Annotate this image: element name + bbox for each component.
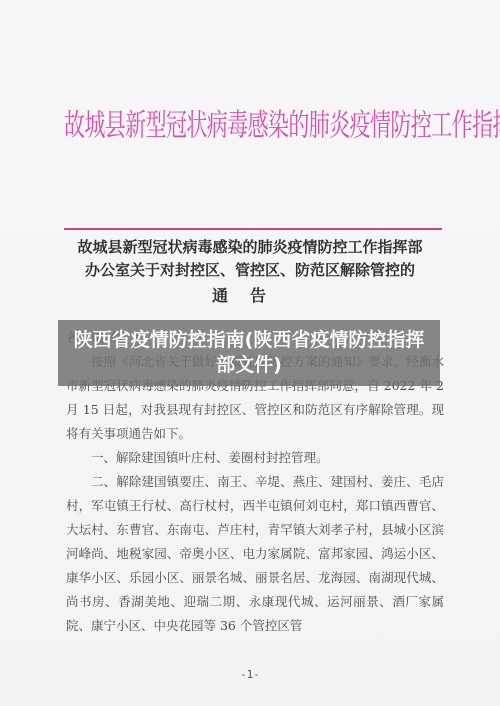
letterhead-title: 故城县新型冠状病毒感染的肺炎疫情防控工作指挥部办公室	[64, 102, 448, 146]
notice-heading: 通告	[60, 283, 440, 306]
caption-text: 陕西省疫情防控指南(陕西省疫情防控指挥部文件)	[69, 328, 429, 378]
letterhead-separator	[64, 228, 442, 230]
notice-body: 按照《河北省关于做好疫情社区防控方案的通知》要求，经衡水市新型冠状病毒感染的肺炎…	[66, 350, 444, 638]
page-number: -1-	[0, 668, 500, 681]
notice-title: 故城县新型冠状病毒感染的肺炎疫情防控工作指挥部 办公室关于对封控区、管控区、防范…	[60, 236, 440, 282]
body-paragraph: 二、解除建国镇要庄、南王、辛堤、燕庄、建国村、姜庄、毛店村，军屯镇王行杖、高行杖…	[66, 470, 444, 638]
notice-title-line2: 办公室关于对封控区、管控区、防范区解除管控的	[60, 259, 440, 282]
body-paragraph: 一、解除建国镇叶庄村、姜圈村封控管理。	[66, 446, 444, 470]
caption-overlay: 陕西省疫情防控指南(陕西省疫情防控指挥部文件)	[58, 320, 440, 386]
notice-title-line1: 故城县新型冠状病毒感染的肺炎疫情防控工作指挥部	[60, 236, 440, 259]
